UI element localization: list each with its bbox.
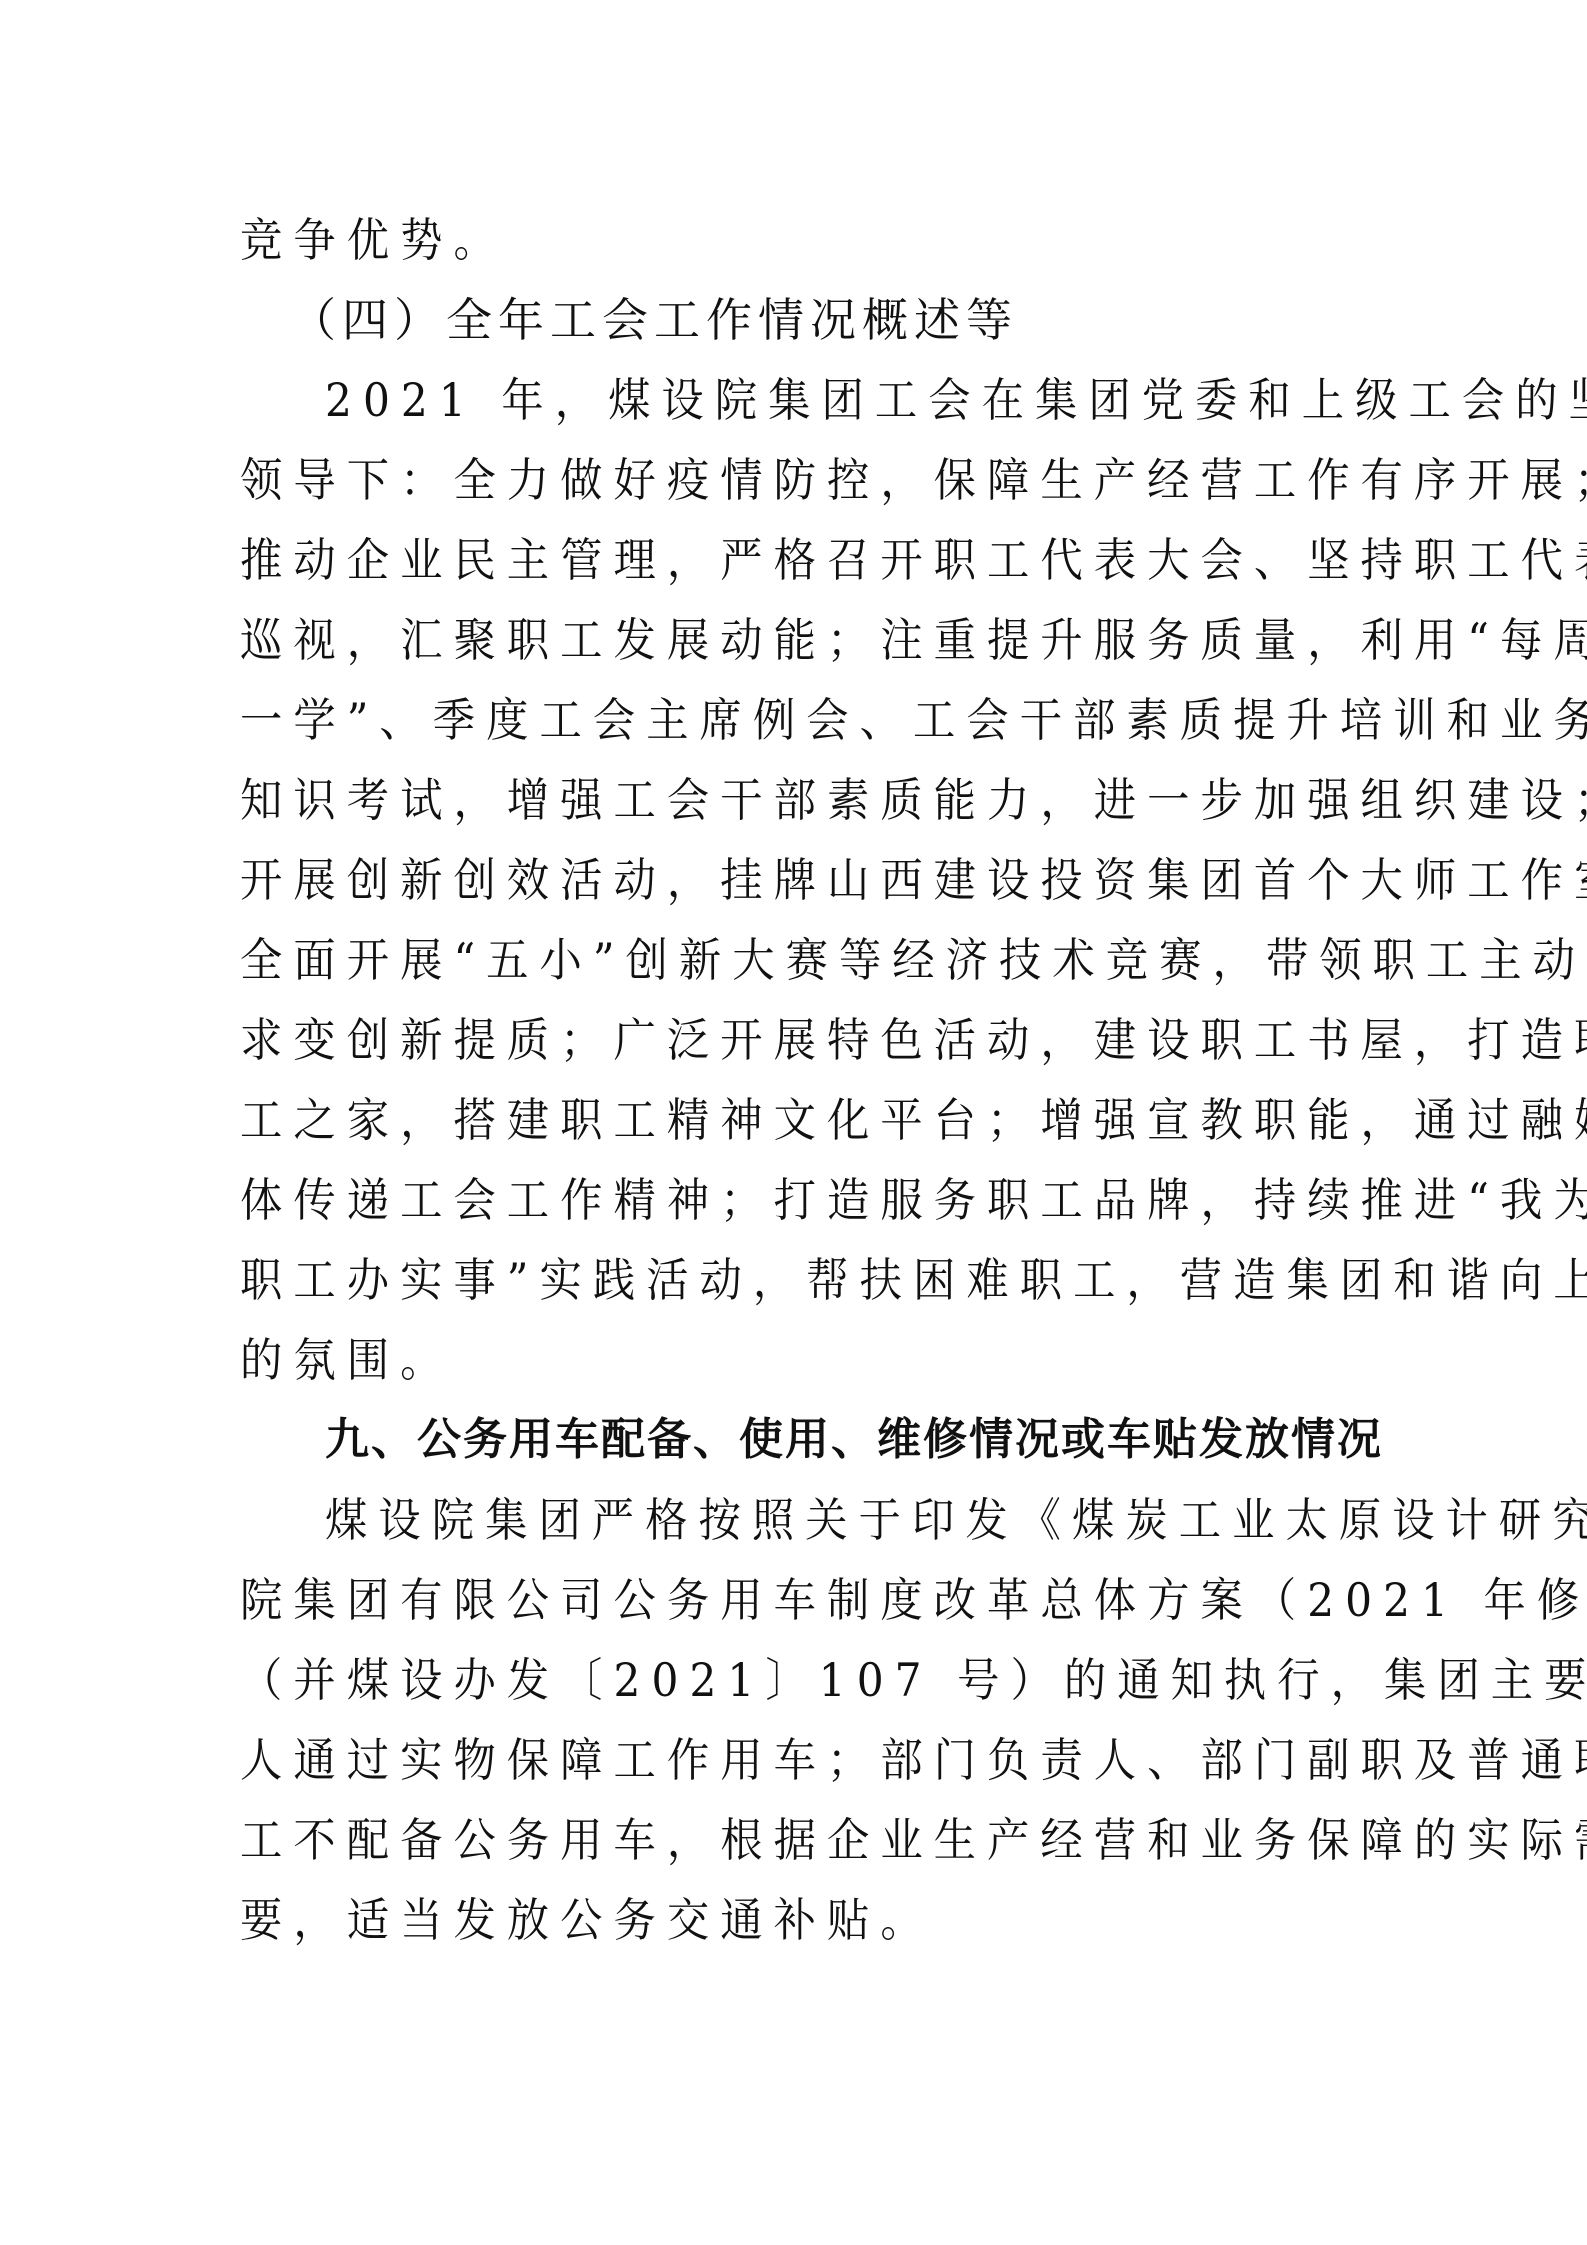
paragraph-line: 竞争优势。 [240,205,507,275]
paragraph-line: （并煤设办发〔2021〕107 号）的通知执行，集团主要负责 [240,1645,1587,1715]
section-subheading: （四）全年工会工作情况概述等 [290,285,1018,355]
paragraph-line: 煤设院集团严格按照关于印发《煤炭工业太原设计研究 [325,1485,1587,1555]
paragraph-line: 知识考试，增强工会干部素质能力，进一步加强组织建设； [240,765,1587,835]
section-heading: 九、公务用车配备、使用、维修情况或车贴发放情况 [325,1405,1383,1475]
paragraph-line: 体传递工会工作精神；打造服务职工品牌，持续推进“我为 [240,1165,1587,1235]
paragraph-line: 2021 年，煤设院集团工会在集团党委和上级工会的坚强 [325,365,1587,435]
paragraph-line: 求变创新提质；广泛开展特色活动，建设职工书屋，打造职 [240,1005,1587,1075]
paragraph-line: 开展创新创效活动，挂牌山西建设投资集团首个大师工作室、 [240,845,1587,915]
paragraph-line: 巡视，汇聚职工发展动能；注重提升服务质量，利用“每周 [240,605,1587,675]
paragraph-line: 领导下：全力做好疫情防控，保障生产经营工作有序开展； [240,445,1587,515]
paragraph-line: 人通过实物保障工作用车；部门负责人、部门副职及普通职 [240,1725,1587,1795]
paragraph-line: 工之家，搭建职工精神文化平台；增强宣教职能，通过融媒 [240,1085,1587,1155]
paragraph-line: 的氛围。 [240,1325,453,1395]
paragraph-line: 职工办实事”实践活动，帮扶困难职工，营造集团和谐向上 [240,1245,1587,1315]
paragraph-line: 工不配备公务用车，根据企业生产经营和业务保障的实际需 [240,1805,1587,1875]
paragraph-line: 一学”、季度工会主席例会、工会干部素质提升培训和业务 [240,685,1587,755]
paragraph-line: 推动企业民主管理，严格召开职工代表大会、坚持职工代表 [240,525,1587,595]
paragraph-line: 院集团有限公司公务用车制度改革总体方案（2021 年修订）》 [240,1565,1587,1635]
paragraph-line: 全面开展“五小”创新大赛等经济技术竞赛，带领职工主动 [240,925,1586,995]
paragraph-line: 要，适当发放公务交通补贴。 [240,1885,934,1955]
